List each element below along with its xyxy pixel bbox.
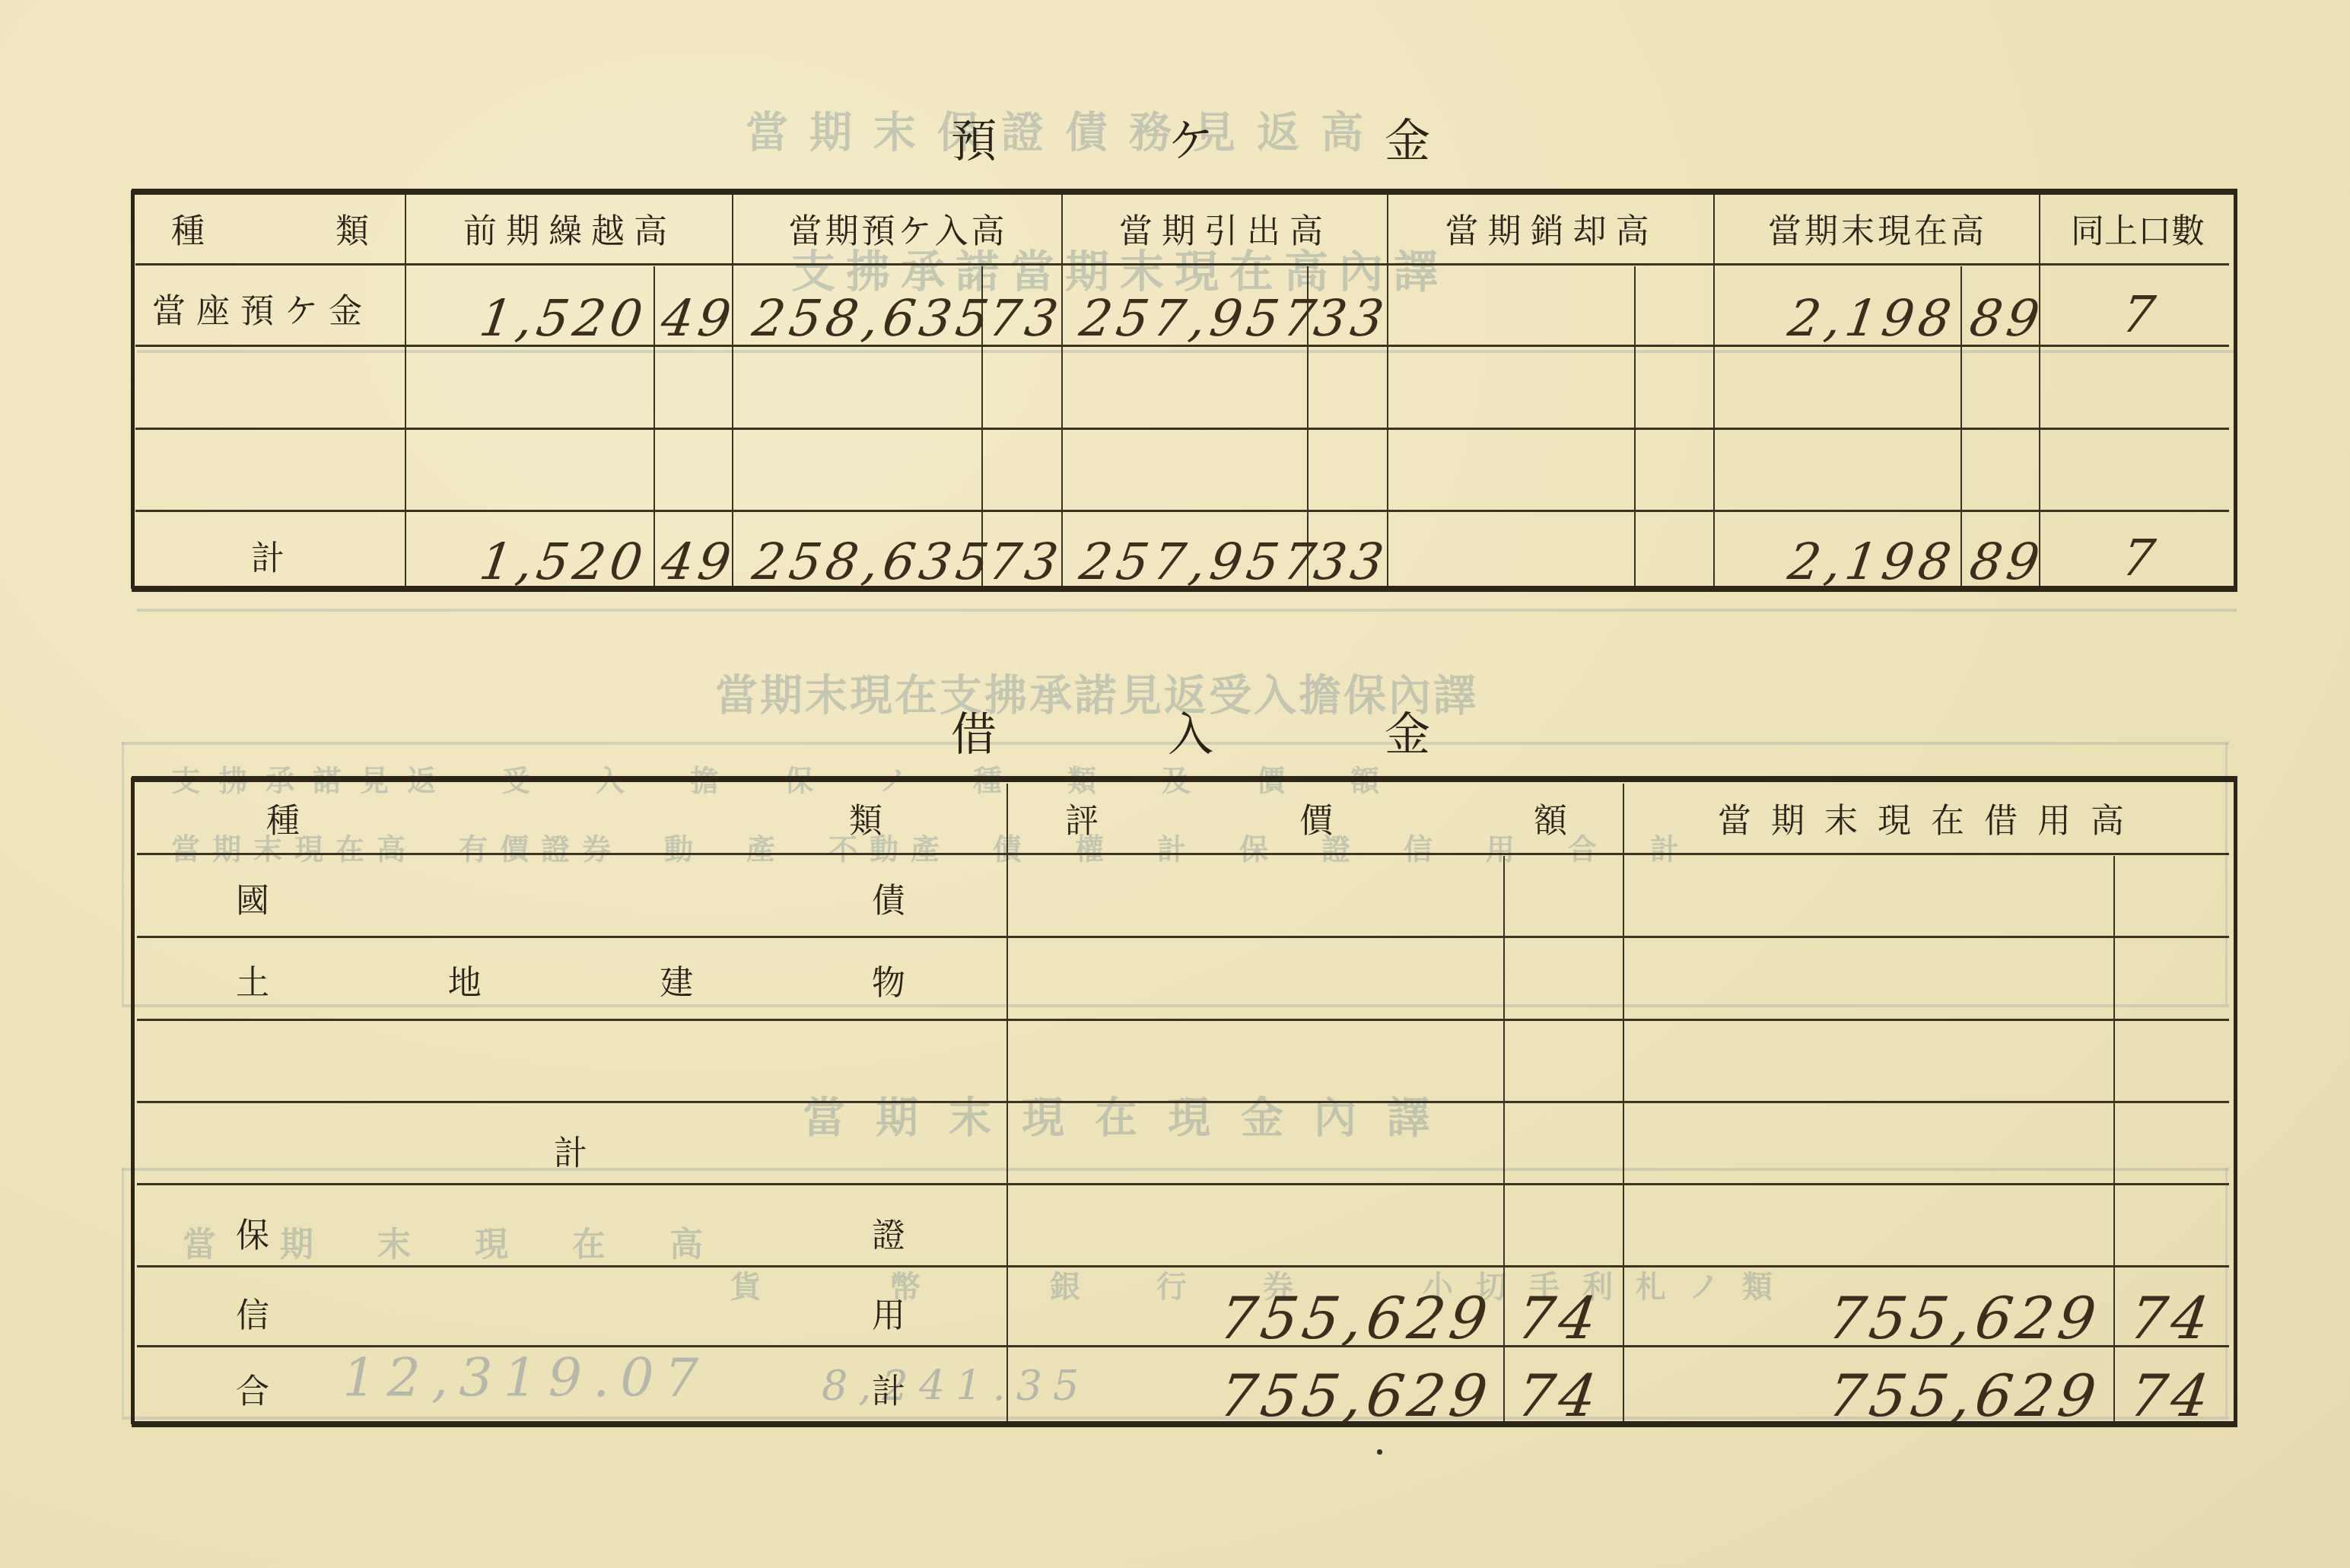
header-appraisal-char: 評 bbox=[1065, 794, 1099, 842]
row-label-char: 保 bbox=[236, 1208, 269, 1257]
bleed-frame-line bbox=[2225, 1168, 2228, 1417]
row-label-national-bonds: 國 債 bbox=[236, 875, 905, 921]
column-divider bbox=[1387, 195, 1388, 586]
row-label-grand-total: 合 計 bbox=[236, 1366, 905, 1411]
bleed-frame-line bbox=[122, 1168, 2229, 1171]
table-border-top bbox=[132, 776, 2237, 782]
grand-total-balance-sen: 74 bbox=[2126, 1362, 2218, 1430]
row-label-land-buildings: 土 地 建 物 bbox=[236, 957, 905, 1003]
deposits-title-char: 金 bbox=[1385, 105, 1430, 170]
row-label-char: 信 bbox=[236, 1288, 269, 1337]
borrowings-title-char: 金 bbox=[1385, 698, 1430, 764]
sen-divider bbox=[653, 266, 655, 586]
header-current-deposited: 當期預ケ入高 bbox=[735, 205, 1061, 251]
grand-total-appraisal-sen: 74 bbox=[1513, 1362, 1605, 1430]
sen-divider bbox=[2113, 856, 2115, 1421]
total-prev-carryover-sen: 49 bbox=[658, 533, 739, 591]
header-kind-char: 類 bbox=[849, 794, 882, 842]
deposits-title: 預 ケ 金 bbox=[951, 105, 1430, 170]
row-label-char: 合 bbox=[236, 1364, 269, 1413]
column-divider bbox=[405, 195, 406, 586]
column-divider bbox=[1713, 195, 1715, 586]
sen-divider bbox=[1960, 266, 1962, 586]
bleed-frame-line bbox=[122, 1168, 124, 1417]
row-divider bbox=[137, 853, 2229, 855]
total-current-withdrawn-sen: 33 bbox=[1311, 533, 1392, 591]
credit-appraisal-sen: 74 bbox=[1513, 1284, 1605, 1352]
total-current-balance-yen: 2,198 bbox=[1731, 533, 1960, 591]
row-label-char: 國 bbox=[236, 873, 269, 922]
total-label: 計 bbox=[251, 533, 285, 578]
row-divider bbox=[135, 428, 2229, 430]
total-prev-carryover-yen: 1,520 bbox=[422, 533, 651, 591]
deposits-title-char: ケ bbox=[1168, 105, 1213, 170]
borrowings-title-char: 借 bbox=[951, 698, 997, 764]
grand-total-appraisal-yen: 755,629 bbox=[1152, 1362, 1496, 1430]
header-kind-char: 種 bbox=[171, 204, 205, 253]
current-deposited-sen: 73 bbox=[985, 289, 1067, 348]
row-divider bbox=[137, 936, 2229, 938]
row-label-char: 建 bbox=[660, 956, 693, 1004]
current-deposited-yen: 258,635 bbox=[749, 289, 980, 348]
borrowings-title: 借 入 金 bbox=[951, 698, 1430, 764]
row-divider bbox=[137, 1183, 2229, 1185]
row-label-subtotal: 計 bbox=[554, 1127, 587, 1173]
credit-balance-sen: 74 bbox=[2126, 1284, 2218, 1352]
current-balance-sen: 89 bbox=[1967, 289, 2048, 348]
bleed-through-lower-heading: 當期末現在現金內譯 bbox=[803, 1084, 1460, 1145]
header-account-count: 同上口數 bbox=[2042, 205, 2234, 251]
total-current-deposited-sen: 73 bbox=[985, 533, 1067, 591]
bleed-frame-line bbox=[122, 742, 124, 1004]
prev-carryover-yen: 1,520 bbox=[422, 289, 651, 348]
row-divider bbox=[135, 263, 2229, 266]
row-label-char: 證 bbox=[872, 1208, 905, 1257]
header-appraisal-char: 額 bbox=[1534, 794, 1567, 842]
total-current-balance-sen: 89 bbox=[1967, 533, 2048, 591]
row-label-credit: 信 用 bbox=[236, 1290, 905, 1335]
account-count: 7 bbox=[2119, 285, 2164, 344]
deposits-title-char: 預 bbox=[951, 105, 997, 170]
row-divider bbox=[135, 510, 2229, 512]
sen-divider bbox=[1503, 856, 1505, 1421]
header-appraisal: 評 價 額 bbox=[1065, 795, 1567, 841]
row-label-char: 地 bbox=[448, 956, 482, 1004]
row-label-char: 物 bbox=[872, 956, 905, 1004]
bleed-frame-line bbox=[137, 350, 2237, 353]
row-divider bbox=[137, 1265, 2229, 1267]
current-withdrawn-sen: 33 bbox=[1311, 289, 1392, 348]
bleed-frame-line bbox=[137, 609, 2237, 612]
row-label-char: 用 bbox=[872, 1288, 905, 1337]
row-label-char: 土 bbox=[236, 956, 269, 1004]
row-label-guarantee: 保 證 bbox=[236, 1210, 905, 1255]
header-appraisal-char: 價 bbox=[1299, 794, 1333, 842]
current-withdrawn-yen: 257,957 bbox=[1076, 289, 1305, 348]
row-divider bbox=[137, 1101, 2229, 1103]
column-divider bbox=[2039, 195, 2040, 586]
ink-dot bbox=[1377, 1449, 1382, 1455]
bleed-frame-line bbox=[122, 1004, 2229, 1007]
table-border-top bbox=[132, 189, 2237, 195]
header-kind-char: 種 bbox=[266, 794, 300, 842]
column-divider bbox=[732, 195, 733, 586]
header-current-written-off: 當期銷却高 bbox=[1390, 205, 1713, 251]
header-current-borrowed-balance: 當期末現在借用高 bbox=[1628, 795, 2234, 841]
total-current-withdrawn-yen: 257,957 bbox=[1076, 533, 1305, 591]
sen-divider bbox=[1634, 266, 1636, 586]
total-account-count: 7 bbox=[2119, 529, 2164, 587]
row-divider bbox=[137, 1019, 2229, 1021]
current-balance-yen: 2,198 bbox=[1731, 289, 1960, 348]
credit-balance-yen: 755,629 bbox=[1760, 1284, 2105, 1352]
borrowings-title-char: 入 bbox=[1168, 698, 1213, 764]
header-kind-char: 類 bbox=[335, 204, 369, 253]
total-current-deposited-yen: 258,635 bbox=[749, 533, 980, 591]
column-divider bbox=[1061, 195, 1063, 586]
header-kind: 種 類 bbox=[171, 205, 369, 251]
credit-appraisal-yen: 755,629 bbox=[1152, 1284, 1496, 1352]
table-border-right bbox=[2234, 190, 2237, 589]
table-border-right bbox=[2234, 778, 2237, 1424]
table-border-left bbox=[131, 190, 135, 589]
header-current-withdrawn: 當期引出高 bbox=[1064, 205, 1387, 251]
header-prev-carryover: 前期繰越高 bbox=[408, 205, 732, 251]
row-label: 當座預ケ金 bbox=[152, 285, 403, 331]
header-current-balance: 當期末現在高 bbox=[1716, 205, 2039, 251]
prev-carryover-sen: 49 bbox=[658, 289, 739, 348]
table-border-left bbox=[131, 778, 135, 1424]
grand-total-balance-yen: 755,629 bbox=[1760, 1362, 2105, 1430]
row-label-char: 債 bbox=[872, 873, 905, 922]
row-label-char: 計 bbox=[872, 1364, 905, 1413]
header-kind: 種 類 bbox=[266, 795, 882, 841]
